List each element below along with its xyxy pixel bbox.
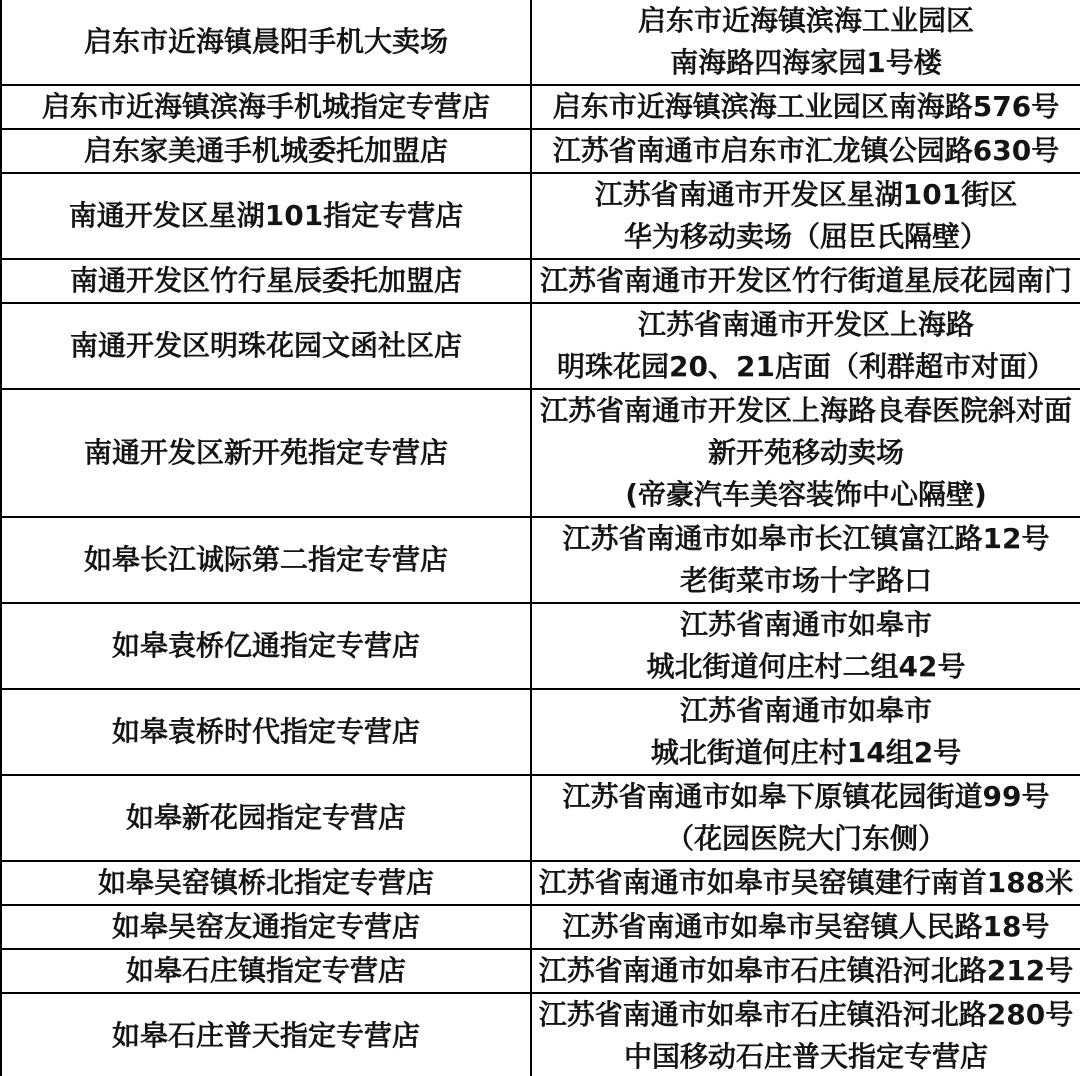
store-address-cell: 启东市近海镇滨海工业园区南海路576号 <box>530 86 1080 128</box>
table-row: 如皋长江诚际第二指定专营店江苏省南通市如皋市长江镇富江路12号老街菜市场十字路口 <box>2 518 1080 604</box>
store-name-cell: 启东市近海镇滨海手机城指定专营店 <box>2 86 530 128</box>
address-line: （花园医院大门东侧） <box>532 818 1080 860</box>
store-address-cell: 江苏省南通市如皋市城北街道何庄村二组42号 <box>530 604 1080 688</box>
address-line: 江苏省南通市如皋市石庄镇沿河北路280号 <box>532 994 1080 1036</box>
address-line: 江苏省南通市启东市汇龙镇公园路630号 <box>532 130 1080 172</box>
address-line: 南海路四海家园1号楼 <box>532 42 1080 84</box>
table-row: 南通开发区星湖101指定专营店江苏省南通市开发区星湖101街区华为移动卖场（屈臣… <box>2 174 1080 260</box>
store-address-cell: 江苏省南通市开发区星湖101街区华为移动卖场（屈臣氏隔壁） <box>530 174 1080 258</box>
table-row: 如皋袁桥亿通指定专营店江苏省南通市如皋市城北街道何庄村二组42号 <box>2 604 1080 690</box>
store-address-cell: 江苏省南通市如皋市吴窑镇建行南首188米 <box>530 862 1080 904</box>
address-line: 江苏省南通市开发区竹行街道星辰花园南门 <box>532 260 1080 302</box>
address-line: 老街菜市场十字路口 <box>532 560 1080 602</box>
store-name: 如皋吴窑镇桥北指定专营店 <box>2 862 530 904</box>
table-row: 如皋吴窑友通指定专营店江苏省南通市如皋市吴窑镇人民路18号 <box>2 906 1080 950</box>
store-name-cell: 如皋石庄普天指定专营店 <box>2 994 530 1076</box>
address-line: 江苏省南通市开发区星湖101街区 <box>532 174 1080 216</box>
address-line: 江苏省南通市如皋下原镇花园街道99号 <box>532 776 1080 818</box>
address-line: 江苏省南通市如皋市吴窑镇建行南首188米 <box>532 862 1080 904</box>
address-line: 江苏省南通市如皋市吴窑镇人民路18号 <box>532 906 1080 948</box>
address-line: 城北街道何庄村14组2号 <box>532 732 1080 774</box>
table-row: 启东市近海镇滨海手机城指定专营店启东市近海镇滨海工业园区南海路576号 <box>2 86 1080 130</box>
table-row: 启东家美通手机城委托加盟店江苏省南通市启东市汇龙镇公园路630号 <box>2 130 1080 174</box>
store-name: 如皋长江诚际第二指定专营店 <box>2 539 530 581</box>
store-name: 如皋吴窑友通指定专营店 <box>2 906 530 948</box>
store-name: 南通开发区星湖101指定专营店 <box>2 195 530 237</box>
store-name: 启东家美通手机城委托加盟店 <box>2 130 530 172</box>
table-row: 如皋袁桥时代指定专营店江苏省南通市如皋市城北街道何庄村14组2号 <box>2 690 1080 776</box>
address-line: 江苏省南通市如皋市 <box>532 604 1080 646</box>
store-address-cell: 江苏省南通市启东市汇龙镇公园路630号 <box>530 130 1080 172</box>
store-name: 南通开发区竹行星辰委托加盟店 <box>2 260 530 302</box>
table-row: 南通开发区新开苑指定专营店江苏省南通市开发区上海路良春医院斜对面新开苑移动卖场(… <box>2 390 1080 518</box>
store-address-cell: 江苏省南通市如皋市石庄镇沿河北路212号 <box>530 950 1080 992</box>
table-row: 如皋石庄普天指定专营店江苏省南通市如皋市石庄镇沿河北路280号中国移动石庄普天指… <box>2 994 1080 1076</box>
store-address-cell: 江苏省南通市如皋市长江镇富江路12号老街菜市场十字路口 <box>530 518 1080 602</box>
store-name: 南通开发区新开苑指定专营店 <box>2 432 530 474</box>
address-line: 江苏省南通市如皋市 <box>532 690 1080 732</box>
store-address-cell: 江苏省南通市如皋下原镇花园街道99号（花园医院大门东侧） <box>530 776 1080 860</box>
table-row: 如皋石庄镇指定专营店江苏省南通市如皋市石庄镇沿河北路212号 <box>2 950 1080 994</box>
address-line: 启东市近海镇滨海工业园区南海路576号 <box>532 86 1080 128</box>
address-line: 新开苑移动卖场 <box>532 432 1080 474</box>
store-name: 如皋袁桥亿通指定专营店 <box>2 625 530 667</box>
store-name-cell: 启东家美通手机城委托加盟店 <box>2 130 530 172</box>
table-row: 启东市近海镇晨阳手机大卖场启东市近海镇滨海工业园区南海路四海家园1号楼 <box>2 0 1080 86</box>
address-line: 华为移动卖场（屈臣氏隔壁） <box>532 216 1080 258</box>
store-name-cell: 如皋新花园指定专营店 <box>2 776 530 860</box>
store-address-cell: 江苏省南通市开发区上海路明珠花园20、21店面（利群超市对面） <box>530 304 1080 388</box>
store-address-cell: 江苏省南通市如皋市石庄镇沿河北路280号中国移动石庄普天指定专营店 <box>530 994 1080 1076</box>
address-line: 明珠花园20、21店面（利群超市对面） <box>532 346 1080 388</box>
address-line: (帝豪汽车美容装饰中心隔壁) <box>532 474 1080 516</box>
address-line: 启东市近海镇滨海工业园区 <box>532 0 1080 42</box>
store-name: 南通开发区明珠花园文函社区店 <box>2 325 530 367</box>
table-row: 南通开发区竹行星辰委托加盟店江苏省南通市开发区竹行街道星辰花园南门 <box>2 260 1080 304</box>
store-name: 启东市近海镇滨海手机城指定专营店 <box>2 86 530 128</box>
store-name-cell: 如皋袁桥时代指定专营店 <box>2 690 530 774</box>
store-name-cell: 如皋吴窑友通指定专营店 <box>2 906 530 948</box>
address-line: 江苏省南通市如皋市石庄镇沿河北路212号 <box>532 950 1080 992</box>
store-name-cell: 南通开发区明珠花园文函社区店 <box>2 304 530 388</box>
address-line: 中国移动石庄普天指定专营店 <box>532 1036 1080 1076</box>
store-name-cell: 如皋吴窑镇桥北指定专营店 <box>2 862 530 904</box>
store-address-table: 启东市近海镇晨阳手机大卖场启东市近海镇滨海工业园区南海路四海家园1号楼启东市近海… <box>0 0 1080 1076</box>
address-line: 江苏省南通市开发区上海路良春医院斜对面 <box>532 390 1080 432</box>
address-line: 江苏省南通市开发区上海路 <box>532 304 1080 346</box>
store-name: 如皋新花园指定专营店 <box>2 797 530 839</box>
store-address-cell: 江苏省南通市开发区上海路良春医院斜对面新开苑移动卖场(帝豪汽车美容装饰中心隔壁) <box>530 390 1080 516</box>
address-line: 城北街道何庄村二组42号 <box>532 646 1080 688</box>
table-row: 如皋新花园指定专营店江苏省南通市如皋下原镇花园街道99号（花园医院大门东侧） <box>2 776 1080 862</box>
store-name: 如皋石庄镇指定专营店 <box>2 950 530 992</box>
address-line: 江苏省南通市如皋市长江镇富江路12号 <box>532 518 1080 560</box>
store-address-cell: 启东市近海镇滨海工业园区南海路四海家园1号楼 <box>530 0 1080 84</box>
store-address-cell: 江苏省南通市如皋市城北街道何庄村14组2号 <box>530 690 1080 774</box>
store-address-cell: 江苏省南通市如皋市吴窑镇人民路18号 <box>530 906 1080 948</box>
table-row: 如皋吴窑镇桥北指定专营店江苏省南通市如皋市吴窑镇建行南首188米 <box>2 862 1080 906</box>
store-name: 启东市近海镇晨阳手机大卖场 <box>2 21 530 63</box>
store-name-cell: 启东市近海镇晨阳手机大卖场 <box>2 0 530 84</box>
store-name-cell: 如皋石庄镇指定专营店 <box>2 950 530 992</box>
table-row: 南通开发区明珠花园文函社区店江苏省南通市开发区上海路明珠花园20、21店面（利群… <box>2 304 1080 390</box>
store-name: 如皋石庄普天指定专营店 <box>2 1015 530 1057</box>
store-name-cell: 南通开发区竹行星辰委托加盟店 <box>2 260 530 302</box>
store-name-cell: 南通开发区新开苑指定专营店 <box>2 390 530 516</box>
store-name-cell: 如皋长江诚际第二指定专营店 <box>2 518 530 602</box>
store-address-cell: 江苏省南通市开发区竹行街道星辰花园南门 <box>530 260 1080 302</box>
store-name-cell: 如皋袁桥亿通指定专营店 <box>2 604 530 688</box>
store-name-cell: 南通开发区星湖101指定专营店 <box>2 174 530 258</box>
store-name: 如皋袁桥时代指定专营店 <box>2 711 530 753</box>
